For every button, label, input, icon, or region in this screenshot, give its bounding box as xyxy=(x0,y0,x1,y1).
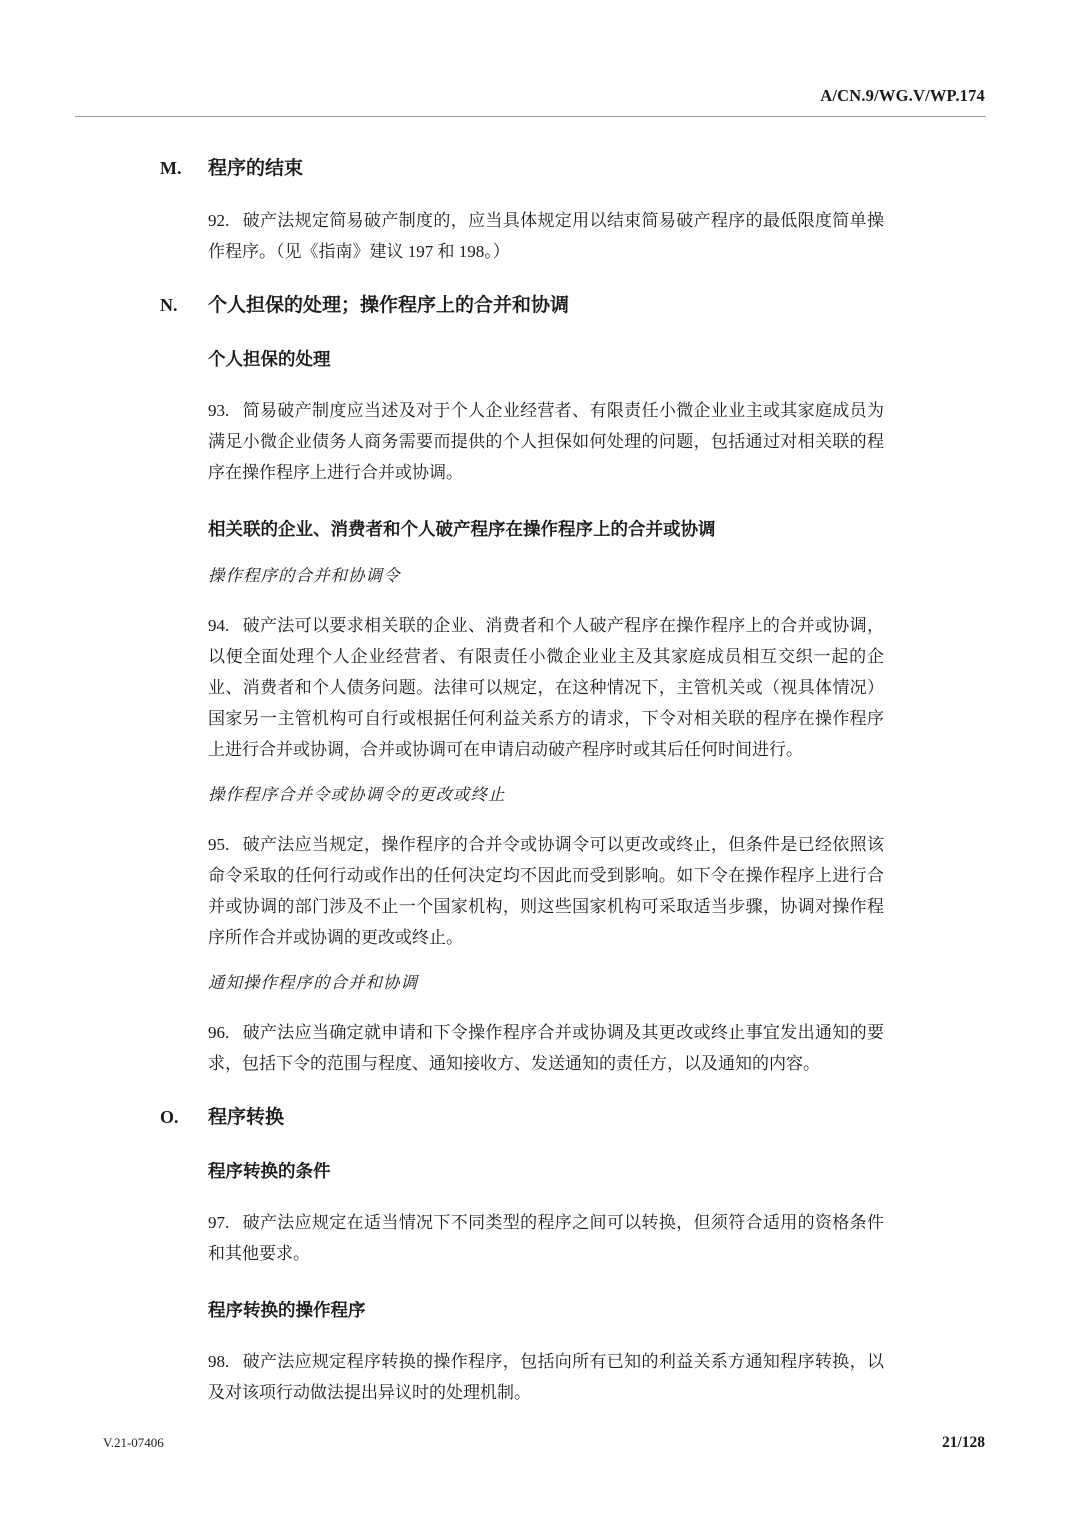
section-title: 个人担保的处理；操作程序上的合并和协调 xyxy=(208,293,569,318)
paragraph-text: 简易破产制度应当述及对于个人企业经营者、有限责任小微企业业主或其家庭成员为满足小… xyxy=(208,401,884,482)
section-heading: O.程序转换 xyxy=(160,1105,884,1130)
section-heading: N.个人担保的处理；操作程序上的合并和协调 xyxy=(160,293,884,318)
subheading-bold: 个人担保的处理 xyxy=(208,348,884,371)
document-symbol: A/CN.9/WG.V/WP.174 xyxy=(95,86,985,106)
subheading-bold: 程序转换的条件 xyxy=(208,1160,884,1183)
paragraph: 97.破产法应规定在适当情况下不同类型的程序之间可以转换，但须符合适用的资格条件… xyxy=(208,1207,884,1269)
header-rule xyxy=(75,116,986,117)
paragraph: 98.破产法应规定程序转换的操作程序，包括向所有已知的利益关系方通知程序转换，以… xyxy=(208,1346,884,1408)
paragraph-text: 破产法应当规定，操作程序的合并令或协调令可以更改或终止，但条件是已经依照该命令采… xyxy=(208,835,884,947)
paragraph-text: 破产法规定简易破产制度的，应当具体规定用以结束简易破产程序的最低限度简单操作程序… xyxy=(208,211,884,261)
paragraph-text: 破产法应当确定就申请和下令操作程序合并或协调及其更改或终止事宜发出通知的要求，包… xyxy=(208,1023,884,1073)
paragraph-number: 96. xyxy=(208,1023,229,1042)
document-page: A/CN.9/WG.V/WP.174 M.程序的结束92.破产法规定简易破产制度… xyxy=(0,0,1080,1526)
page-footer: V.21-07406 21/128 xyxy=(103,1434,985,1452)
paragraph-text: 破产法可以要求相关联的企业、消费者和个人破产程序在操作程序上的合并或协调，以便全… xyxy=(208,616,884,759)
paragraph-number: 98. xyxy=(208,1352,229,1371)
subheading-bold: 程序转换的操作程序 xyxy=(208,1299,884,1322)
subheading-bold: 相关联的企业、消费者和个人破产程序在操作程序上的合并或协调 xyxy=(208,518,884,541)
section-letter: M. xyxy=(160,156,208,181)
paragraph-text: 破产法应规定在适当情况下不同类型的程序之间可以转换，但须符合适用的资格条件和其他… xyxy=(208,1213,884,1263)
paragraph-text: 破产法应规定程序转换的操作程序，包括向所有已知的利益关系方通知程序转换，以及对该… xyxy=(208,1352,884,1402)
paragraph: 94.破产法可以要求相关联的企业、消费者和个人破产程序在操作程序上的合并或协调，… xyxy=(208,610,884,765)
paragraph-number: 95. xyxy=(208,835,229,854)
subheading-italic: 操作程序合并令或协调令的更改或终止 xyxy=(208,784,884,806)
paragraph-number: 93. xyxy=(208,401,229,420)
section-title: 程序转换 xyxy=(208,1105,284,1130)
section-heading: M.程序的结束 xyxy=(160,156,884,181)
section-title: 程序的结束 xyxy=(208,156,303,181)
paragraph-number: 92. xyxy=(208,211,229,230)
paragraph: 93.简易破产制度应当述及对于个人企业经营者、有限责任小微企业业主或其家庭成员为… xyxy=(208,395,884,488)
subheading-italic: 通知操作程序的合并和协调 xyxy=(208,972,884,994)
paragraph: 92.破产法规定简易破产制度的，应当具体规定用以结束简易破产程序的最低限度简单操… xyxy=(208,205,884,267)
section-letter: N. xyxy=(160,293,208,318)
paragraph-number: 97. xyxy=(208,1213,229,1232)
paragraph-number: 94. xyxy=(208,616,229,635)
footer-page-number: 21/128 xyxy=(942,1434,985,1452)
paragraph: 96.破产法应当确定就申请和下令操作程序合并或协调及其更改或终止事宜发出通知的要… xyxy=(208,1017,884,1079)
document-body: M.程序的结束92.破产法规定简易破产制度的，应当具体规定用以结束简易破产程序的… xyxy=(208,124,884,1427)
footer-document-number: V.21-07406 xyxy=(103,1435,164,1451)
paragraph: 95.破产法应当规定，操作程序的合并令或协调令可以更改或终止，但条件是已经依照该… xyxy=(208,829,884,953)
section-letter: O. xyxy=(160,1105,208,1130)
subheading-italic: 操作程序的合并和协调令 xyxy=(208,565,884,587)
